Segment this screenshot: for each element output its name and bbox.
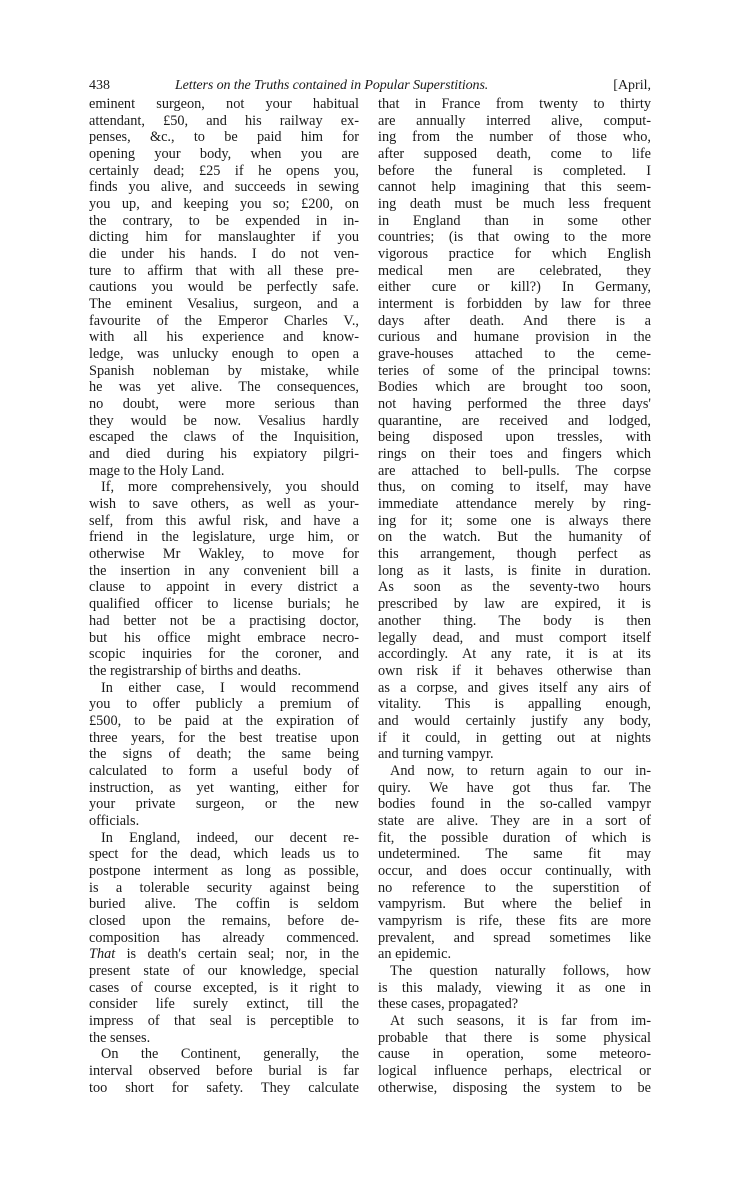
text-line: consider life surely extinct, till the (89, 996, 359, 1013)
text-line: bodies found in the so-called vampyr (378, 796, 651, 813)
text-line: vampyrism. But where the belief in (378, 896, 651, 913)
text-line: logical influence perhaps, electrical or (378, 1063, 651, 1080)
text-line: In either case, I would recommend (89, 680, 359, 697)
text-line: clause to appoint in every district a (89, 579, 359, 596)
text-line: escaped the claws of the Inquisition, (89, 429, 359, 446)
text-line: if it could, in getting out at nights (378, 730, 651, 747)
text-line: grave-houses attached to the ceme- (378, 346, 651, 363)
text-line: closed upon the remains, before de- (89, 913, 359, 930)
text-line: die under his hands. I do not ven- (89, 246, 359, 263)
text-line: and would certainly justify any body, (378, 713, 651, 730)
text-line: The question naturally follows, how (378, 963, 651, 980)
text-line: calculated to form a useful body of (89, 763, 359, 780)
text-line: vitality. This is appalling enough, (378, 696, 651, 713)
running-header: 438 Letters on the Truths contained in P… (89, 76, 651, 96)
text-line: quarantine, are received and lodged, (378, 413, 651, 430)
text-line: quiry. We have got thus far. The (378, 780, 651, 797)
text-line: curious and humane provision in the (378, 329, 651, 346)
text-line: composition has already commenced. (89, 930, 359, 947)
text-line: days after death. And there is a (378, 313, 651, 330)
text-line: friend in the legislature, urge him, or (89, 529, 359, 546)
left-column: eminent surgeon, not your habitualattend… (89, 96, 359, 1096)
text-line: before the funeral is completed. I (378, 163, 651, 180)
text-line: accordingly. At any rate, it is at its (378, 646, 651, 663)
text-line: the signs of death; the same being (89, 746, 359, 763)
text-line: countries; (is that owing to the more (378, 229, 651, 246)
text-line: as a corpse, and gives itself any airs o… (378, 680, 651, 697)
text-line: present state of our knowledge, special (89, 963, 359, 980)
text-line: postpone interment as long as possible, (89, 863, 359, 880)
text-line: had better not be a practising doctor, (89, 613, 359, 630)
text-line: an epidemic. (378, 946, 651, 963)
text-line: attendant, £50, and his railway ex- (89, 113, 359, 130)
text-line: mage to the Holy Land. (89, 463, 359, 480)
text-line: no doubt, were more serious than (89, 396, 359, 413)
text-line: scopic inquiries for the coroner, and (89, 646, 359, 663)
text-line: you to offer publicly a premium of (89, 696, 359, 713)
text-line: qualified officer to license burials; he (89, 596, 359, 613)
text-line: too short for safety. They calculate (89, 1080, 359, 1097)
text-line: teries of some of the principal towns: (378, 363, 651, 380)
text-line: If, more comprehensively, you should (89, 479, 359, 496)
text-line: the insertion in any convenient bill a (89, 563, 359, 580)
text-line: cases of course excepted, is it right to (89, 980, 359, 997)
text-line: occur, and does occur continually, with (378, 863, 651, 880)
text-line: vampyrism is rife, these fits are more (378, 913, 651, 930)
text-line: cannot help imagining that this seem- (378, 179, 651, 196)
text-line: fit, the possible duration of which is (378, 830, 651, 847)
text-line: instruction, as yet wanting, either for (89, 780, 359, 797)
text-line: no reference to the superstition of (378, 880, 651, 897)
text-line: either cure or kill?) In Germany, (378, 279, 651, 296)
text-line: in England than in some other (378, 213, 651, 230)
text-line: probable that there is some physical (378, 1030, 651, 1047)
text-line: and turning vampyr. (378, 746, 651, 763)
text-line: and died during his expiatory pilgri- (89, 446, 359, 463)
text-line: he was yet alive. The consequences, (89, 379, 359, 396)
text-line: but his office might embrace necro- (89, 630, 359, 647)
text-line: prescribed by law are expired, it is (378, 596, 651, 613)
text-line: the registrarship of births and deaths. (89, 663, 359, 680)
text-line: The eminent Vesalius, surgeon, and a (89, 296, 359, 313)
text-line: At such seasons, it is far from im- (378, 1013, 651, 1030)
text-line: legally dead, and must comport itself (378, 630, 651, 647)
text-line: cause in operation, some meteoro- (378, 1046, 651, 1063)
text-line: ing from the number of those who, (378, 129, 651, 146)
text-line: with all his experience and know- (89, 329, 359, 346)
text-line: these cases, propagated? (378, 996, 651, 1013)
text-line: ture to affirm that with all these pre- (89, 263, 359, 280)
text-line: ledge, was unlucky enough to open a (89, 346, 359, 363)
text-line: As soon as the seventy-two hours (378, 579, 651, 596)
text-line: being disposed upon tressles, with (378, 429, 651, 446)
issue-month: [April, (613, 76, 651, 96)
text-line: self, from this awful risk, and have a (89, 513, 359, 530)
text-line: That is death's certain seal; nor, in th… (89, 946, 359, 963)
text-line: wish to save others, as well as your- (89, 496, 359, 513)
text-line: immediate attendance merely by ring- (378, 496, 651, 513)
text-line: ing death must be much less frequent (378, 196, 651, 213)
text-line: interval observed before burial is far (89, 1063, 359, 1080)
text-line: penses, &c., to be paid him for (89, 129, 359, 146)
text-line: that in France from twenty to thirty (378, 96, 651, 113)
text-line: favourite of the Emperor Charles V., (89, 313, 359, 330)
text-line: officials. (89, 813, 359, 830)
text-line: buried alive. The coffin is seldom (89, 896, 359, 913)
text-line: Spanish nobleman by mistake, while (89, 363, 359, 380)
text-line: otherwise Mr Wakley, to move for (89, 546, 359, 563)
text-line: eminent surgeon, not your habitual (89, 96, 359, 113)
text-line: is this malady, viewing it as one in (378, 980, 651, 997)
right-column: that in France from twenty to thirtyare … (378, 96, 651, 1096)
text-line: thus, on coming to itself, may have (378, 479, 651, 496)
text-line: certainly dead; £25 if he opens you, (89, 163, 359, 180)
text-line: interment is forbidden by law for three (378, 296, 651, 313)
text-line: spect for the dead, which leads us to (89, 846, 359, 863)
text-line: are attached to bell-pulls. The corpse (378, 463, 651, 480)
text-line: another thing. The body is then (378, 613, 651, 630)
text-line: And now, to return again to our in- (378, 763, 651, 780)
italic-emphasis: That (89, 946, 115, 962)
text-line: rings on their toes and fingers which (378, 446, 651, 463)
text-line: cautions you would be perfectly safe. (89, 279, 359, 296)
page-number: 438 (89, 76, 110, 96)
text-line: own risk if it behaves otherwise than (378, 663, 651, 680)
text-line: £500, to be paid at the expiration of (89, 713, 359, 730)
text-line: opening your body, when you are (89, 146, 359, 163)
text-line: In England, indeed, our decent re- (89, 830, 359, 847)
text-line: the contrary, to be expended in in- (89, 213, 359, 230)
text-line: otherwise, disposing the system to be (378, 1080, 651, 1097)
text-line: finds you alive, and succeeds in sewing (89, 179, 359, 196)
text-line: are annually interred alive, comput- (378, 113, 651, 130)
text-line: On the Continent, generally, the (89, 1046, 359, 1063)
text-line: they would be now. Vesalius hardly (89, 413, 359, 430)
text-line: Bodies which are brought too soon, (378, 379, 651, 396)
text-line: prevalent, and spread sometimes like (378, 930, 651, 947)
text-line: impress of that seal is perceptible to (89, 1013, 359, 1030)
text-line: you up, and keeping you so; £200, on (89, 196, 359, 213)
text-line: your private surgeon, or the new (89, 796, 359, 813)
running-title: Letters on the Truths contained in Popul… (175, 76, 488, 96)
text-line: not having performed the three days' (378, 396, 651, 413)
text-line: the senses. (89, 1030, 359, 1047)
text-line: long as it lasts, is finite in duration. (378, 563, 651, 580)
text-line: undetermined. The same fit may (378, 846, 651, 863)
text-line: vigorous practice for which English (378, 246, 651, 263)
text-line: ing for it; some one is always there (378, 513, 651, 530)
text-line: this arrangement, though perfect as (378, 546, 651, 563)
text-line: after supposed death, come to life (378, 146, 651, 163)
text-line: three years, for the best treatise upon (89, 730, 359, 747)
text-line: medical men are celebrated, they (378, 263, 651, 280)
text-line: state are alive. They are in a sort of (378, 813, 651, 830)
text-line: is a tolerable security against being (89, 880, 359, 897)
text-line: on the watch. But the humanity of (378, 529, 651, 546)
text-line: dicting him for manslaughter if you (89, 229, 359, 246)
